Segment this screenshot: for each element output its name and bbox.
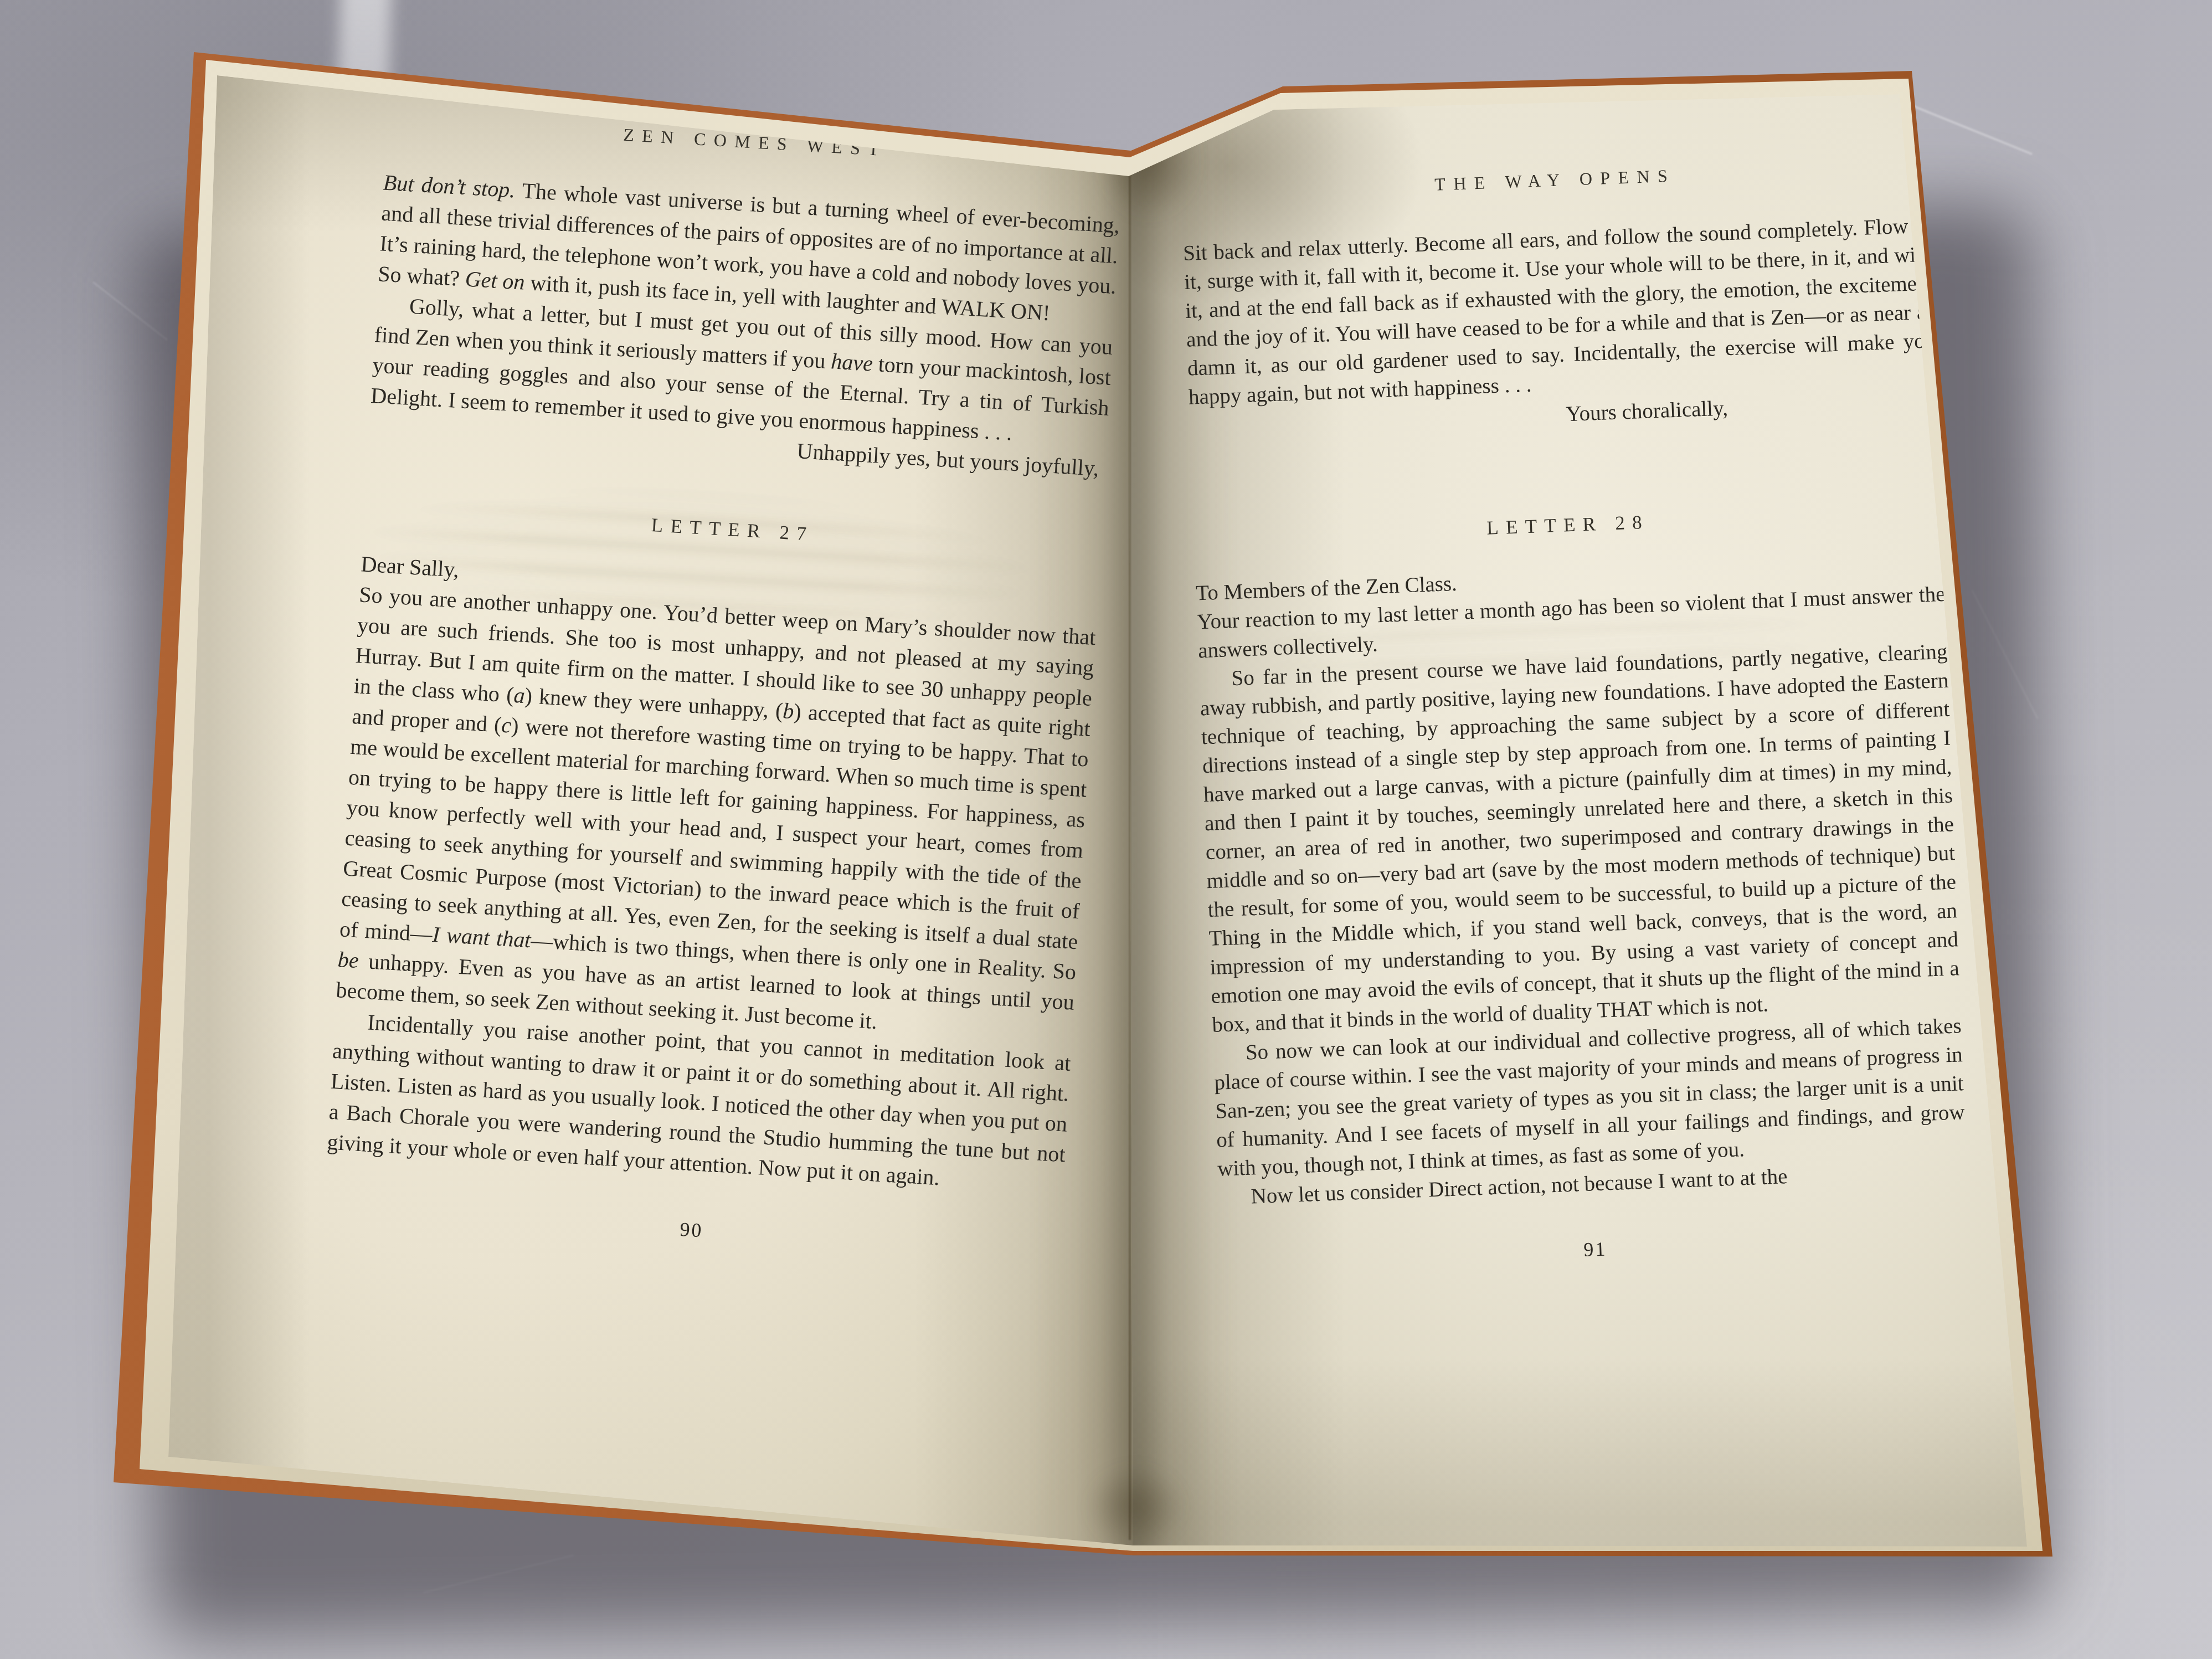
photo-scene: ZEN COMES WESTBut don’t stop. The whole … (0, 0, 2212, 1659)
paragraph: So far in the present course we have lai… (1198, 638, 1961, 1040)
open-book: ZEN COMES WESTBut don’t stop. The whole … (0, 0, 2212, 1659)
paragraph: Sit back and relax utterly. Become all e… (1182, 211, 1937, 412)
right-page-text: THE WAY OPENSSit back and relax utterly.… (1180, 151, 1969, 1277)
left-page-text: ZEN COMES WESTBut don’t stop. The whole … (322, 106, 1124, 1267)
paragraph: So you are another unhappy one. You’d be… (335, 579, 1097, 1048)
paragraph: So now we can look at our individual and… (1213, 1011, 1967, 1184)
heading: LETTER 28 (1194, 497, 1943, 554)
